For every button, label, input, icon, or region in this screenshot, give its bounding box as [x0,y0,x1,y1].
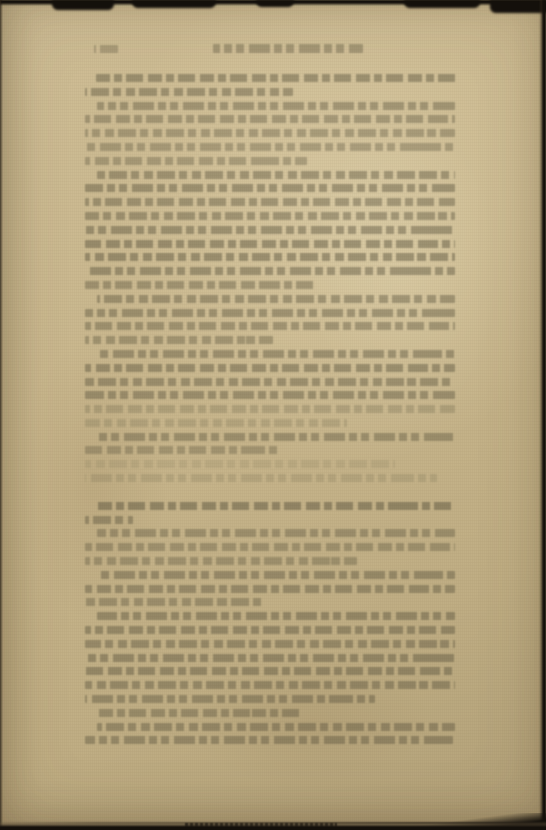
book-page-paper [0,0,546,830]
faded-text-line [85,281,318,289]
faded-text-line [85,115,455,123]
faded-text-line [97,433,455,441]
faded-text-line [85,253,455,261]
faded-text-line [85,405,455,413]
faded-text-line [85,474,437,482]
faded-text-line [97,350,455,358]
faded-text-line [85,88,293,96]
faded-text-line [85,598,265,606]
faded-text-line [85,543,455,551]
faded-text-line [97,295,455,303]
faded-text-line [85,460,395,468]
photo-edge-top-shadow [404,0,480,8]
faded-text-line [97,571,455,579]
faded-text-line [85,681,455,689]
faded-text-line [97,502,455,510]
faded-text-line [85,129,455,137]
faded-text-line [85,157,307,165]
faded-text-line [85,309,455,317]
faded-text-line [85,143,455,151]
faded-text-line [85,212,455,220]
faded-text-line [85,654,455,662]
scanned-page-photo [0,0,546,830]
photo-edge-top-shadow [490,0,546,13]
faded-text-line [97,529,455,537]
faded-text-line [85,585,455,593]
faded-text-line [96,74,456,82]
faded-text-line [85,378,455,386]
faded-text-line [85,419,347,427]
page-number-smudge [94,45,118,53]
faded-text-line [85,226,455,234]
faded-text-line [97,709,302,717]
faded-text-line [85,667,455,675]
faded-text-line [85,626,455,634]
faded-text-line [85,198,455,206]
faded-text-line [85,322,455,330]
faded-text-line [97,612,455,620]
faded-text-line [85,516,133,524]
faded-text-line [85,640,455,648]
faded-text-line [85,240,455,248]
photo-edge-top-shadow [132,0,216,8]
faded-text-line [85,184,455,192]
running-title-smudge [213,44,363,53]
photo-edge-top-shadow [52,0,114,10]
faded-text-line [85,364,455,372]
faded-text-line [85,267,455,275]
scan-grain-overlay [0,0,546,830]
faded-text-line [85,557,357,565]
faded-text-line [97,171,455,179]
faded-text-line [85,391,455,399]
faded-text-line [97,723,455,731]
faded-text-line [85,736,453,744]
faded-text-line [85,446,281,454]
faded-text-line [85,336,273,344]
faded-text-line [97,102,455,110]
faded-text-line [85,695,375,703]
photo-edge-top-shadow [256,0,294,7]
